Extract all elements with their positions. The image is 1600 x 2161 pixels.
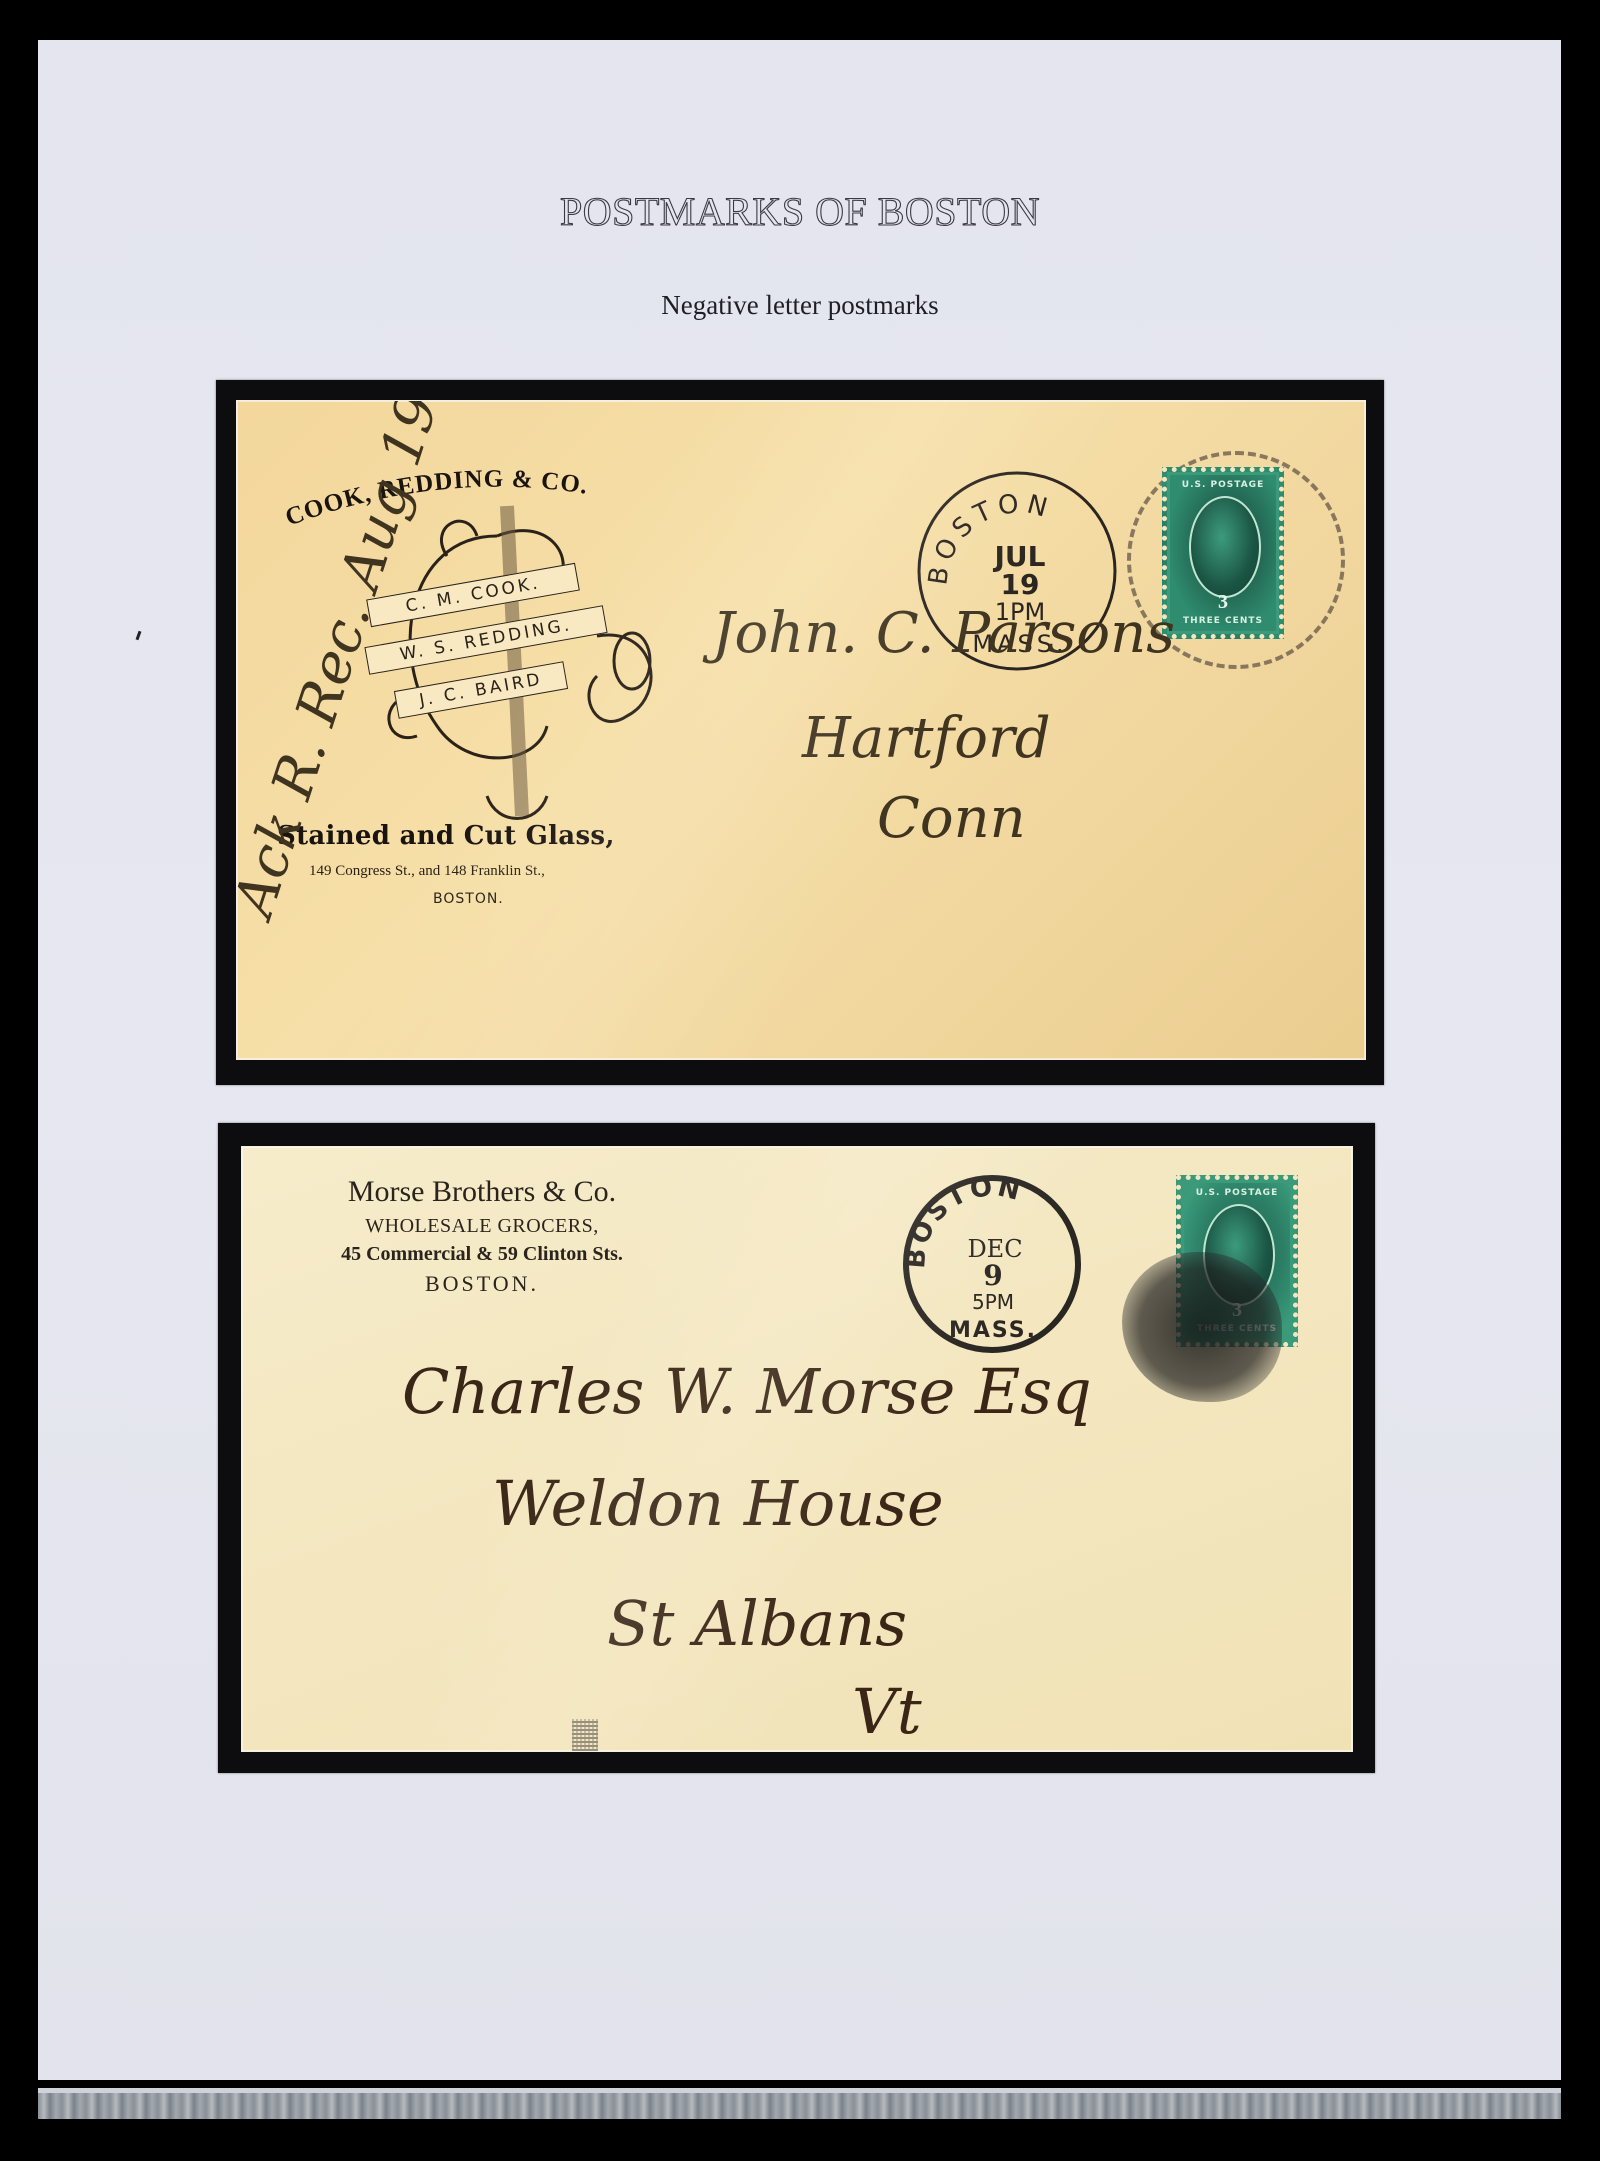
stamp-denomination: 3 — [1167, 591, 1279, 614]
postmark-boston-dec: BOSTON DEC 9 5PM MASS. — [897, 1169, 1087, 1359]
addressee-name: Charles W. Morse Esq — [402, 1355, 1092, 1428]
addressee-state: Conn — [877, 786, 1026, 851]
stamp-top-text: U.S. POSTAGE — [1187, 1188, 1287, 1198]
stamp-top-text: U.S. POSTAGE — [1173, 480, 1273, 490]
business-city: BOSTON. — [433, 891, 504, 907]
svg-text:MASS.: MASS. — [949, 1318, 1037, 1343]
negative-letter-cancel — [1122, 1252, 1282, 1402]
addressee-city: Hartford — [802, 706, 1051, 771]
envelope-cook-redding: COOK, REDDING & CO. C. M. COOK. W. S. RE… — [236, 400, 1366, 1060]
company-trade: WHOLESALE GROCERS, — [282, 1215, 682, 1238]
printer-imprint — [572, 1719, 598, 1752]
addressee-city: St Albans — [607, 1587, 907, 1660]
svg-text:19: 19 — [1001, 568, 1040, 601]
addressee-state: Vt — [852, 1675, 922, 1748]
binding-strip — [38, 2093, 1561, 2119]
addressee-name: John. C. Parsons — [712, 601, 1175, 666]
business-line: Stained and Cut Glass, — [277, 821, 615, 851]
stamp-three-cents: U.S. POSTAGE 3 THREE CENTS — [1162, 467, 1284, 639]
stamp-bottom-text: THREE CENTS — [1173, 616, 1273, 626]
page-subtitle: Negative letter postmarks — [0, 290, 1600, 321]
portrait-icon — [1189, 496, 1261, 598]
svg-text:9: 9 — [983, 1259, 1002, 1292]
addressee-hotel: Weldon House — [492, 1467, 944, 1540]
cover-mount-2: Morse Brothers & Co. WHOLESALE GROCERS, … — [218, 1123, 1375, 1773]
cover-mount-1: COOK, REDDING & CO. C. M. COOK. W. S. RE… — [216, 380, 1384, 1085]
company-city: BOSTON. — [282, 1271, 682, 1297]
company-address: 45 Commercial & 59 Clinton Sts. — [252, 1243, 712, 1266]
svg-text:5PM: 5PM — [972, 1290, 1014, 1314]
page-title: POSTMARKS OF BOSTON — [0, 188, 1600, 235]
envelope-morse-brothers: Morse Brothers & Co. WHOLESALE GROCERS, … — [241, 1146, 1353, 1752]
business-address: 149 Congress St., and 148 Franklin St., — [309, 863, 545, 880]
company-name: Morse Brothers & Co. — [282, 1175, 682, 1209]
